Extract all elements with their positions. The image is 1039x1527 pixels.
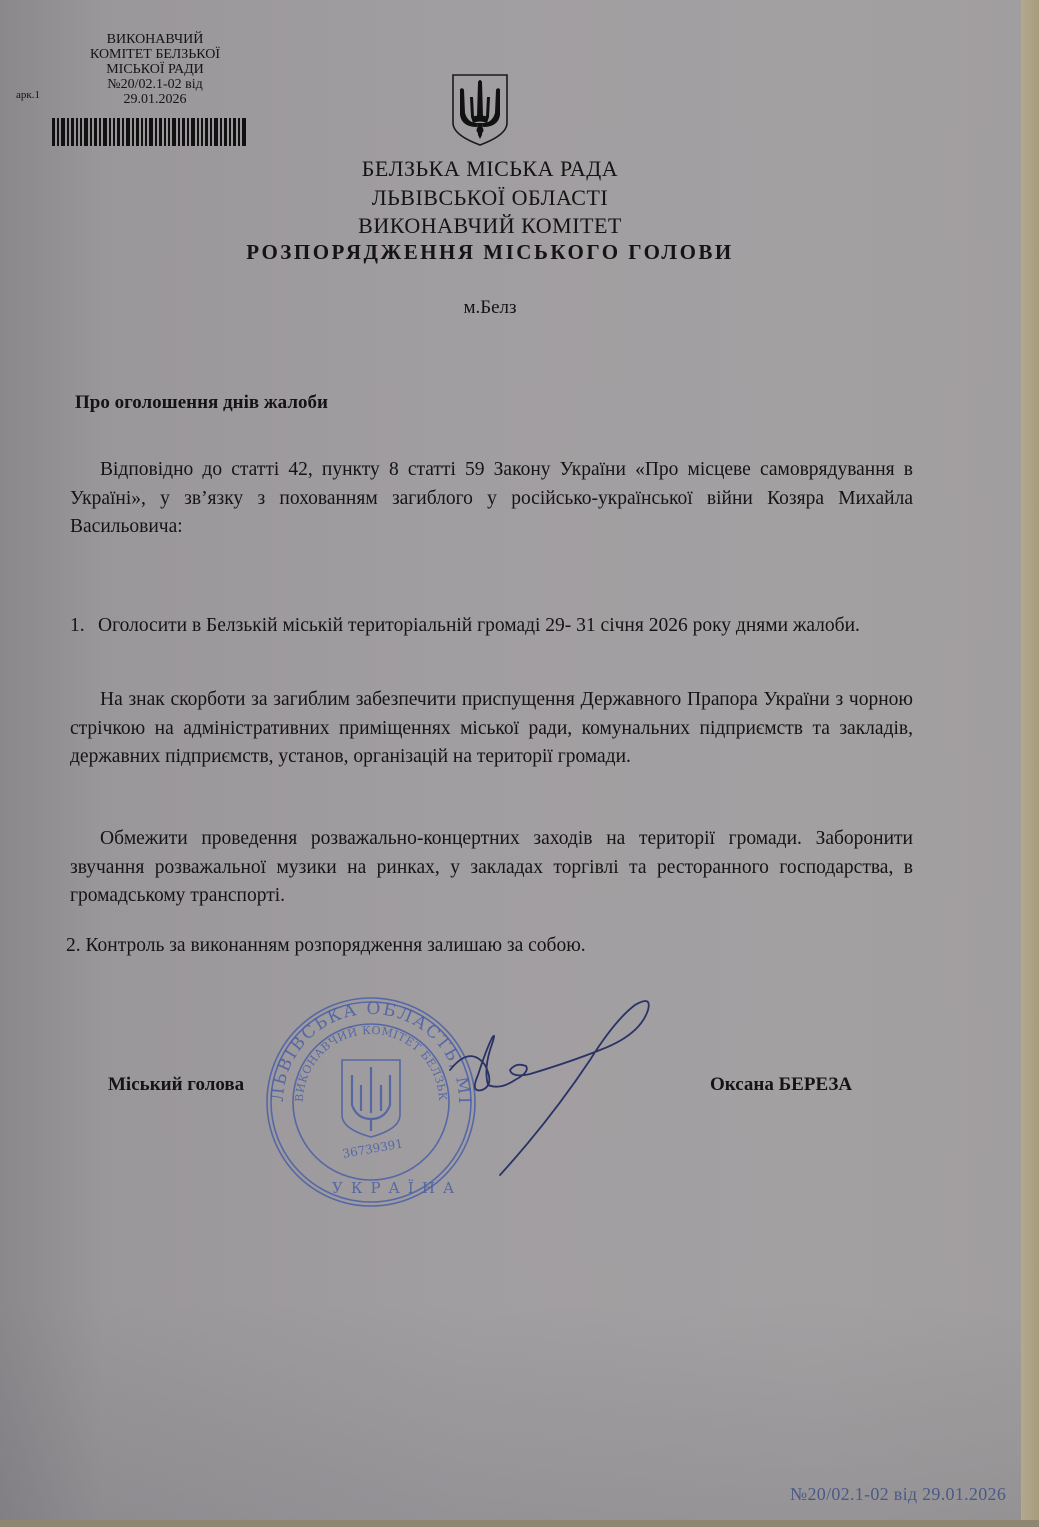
svg-text:УКРАЇНА: УКРАЇНА bbox=[332, 1179, 462, 1197]
trident-coat-of-arms-icon bbox=[450, 73, 510, 147]
handwritten-signature bbox=[440, 990, 670, 1180]
item-1-paragraph-2: На знак скорботи за загиблим забезпечити… bbox=[70, 686, 913, 772]
item-1-paragraph-2-text: На знак скорботи за загиблим забезпечити… bbox=[70, 689, 913, 767]
council-name: БЕЛЗЬКА МІСЬКА РАДА bbox=[0, 156, 980, 182]
item-1-number: 1. bbox=[70, 612, 85, 641]
preamble-text: Відповідно до статті 42, пункту 8 статті… bbox=[70, 459, 913, 537]
barcode-icon bbox=[52, 118, 264, 146]
registration-line: КОМІТЕТ БЕЛЗЬКОЇ bbox=[40, 47, 270, 62]
svg-text:36739391: 36739391 bbox=[341, 1137, 404, 1161]
region-name: ЛЬВІВСЬКОЇ ОБЛАСТІ bbox=[0, 185, 980, 211]
document-type: РОЗПОРЯДЖЕННЯ МІСЬКОГО ГОЛОВИ bbox=[0, 240, 980, 265]
committee-name: ВИКОНАВЧИЙ КОМІТЕТ bbox=[0, 213, 980, 239]
footer-registration-number: №20/02.1-02 від 29.01.2026 bbox=[790, 1484, 1006, 1505]
item-1-paragraph-3: Обмежити проведення розважально-концертн… bbox=[70, 825, 913, 911]
registration-block: ВИКОНАВЧИЙ КОМІТЕТ БЕЛЗЬКОЇ МІСЬКОЇ РАДИ… bbox=[40, 32, 270, 107]
item-1: 1. Оголосити в Белзькій міській територі… bbox=[70, 612, 925, 641]
item-1-paragraph-3-text: Обмежити проведення розважально-концертн… bbox=[70, 828, 913, 906]
city: м.Белз bbox=[0, 297, 980, 319]
item-2: 2. Контроль за виконанням розпорядження … bbox=[66, 932, 909, 961]
signatory-name: Оксана БЕРЕЗА bbox=[710, 1074, 852, 1096]
paper-edge-bottom bbox=[0, 1520, 1039, 1527]
signatory-role: Міський голова bbox=[108, 1074, 244, 1096]
registration-line: МІСЬКОЇ РАДИ bbox=[40, 62, 270, 77]
document-subject: Про оголошення днів жалоби bbox=[75, 392, 328, 414]
sheet-number: арк.1 bbox=[16, 88, 40, 103]
preamble-paragraph: Відповідно до статті 42, пункту 8 статті… bbox=[70, 456, 913, 542]
registration-line: ВИКОНАВЧИЙ bbox=[40, 32, 270, 47]
paper-edge-right bbox=[1021, 0, 1039, 1527]
item-1-text: Оголосити в Белзькій міській територіаль… bbox=[98, 612, 925, 641]
registration-number: №20/02.1-02 від bbox=[40, 77, 270, 92]
registration-date: 29.01.2026 bbox=[40, 92, 270, 107]
